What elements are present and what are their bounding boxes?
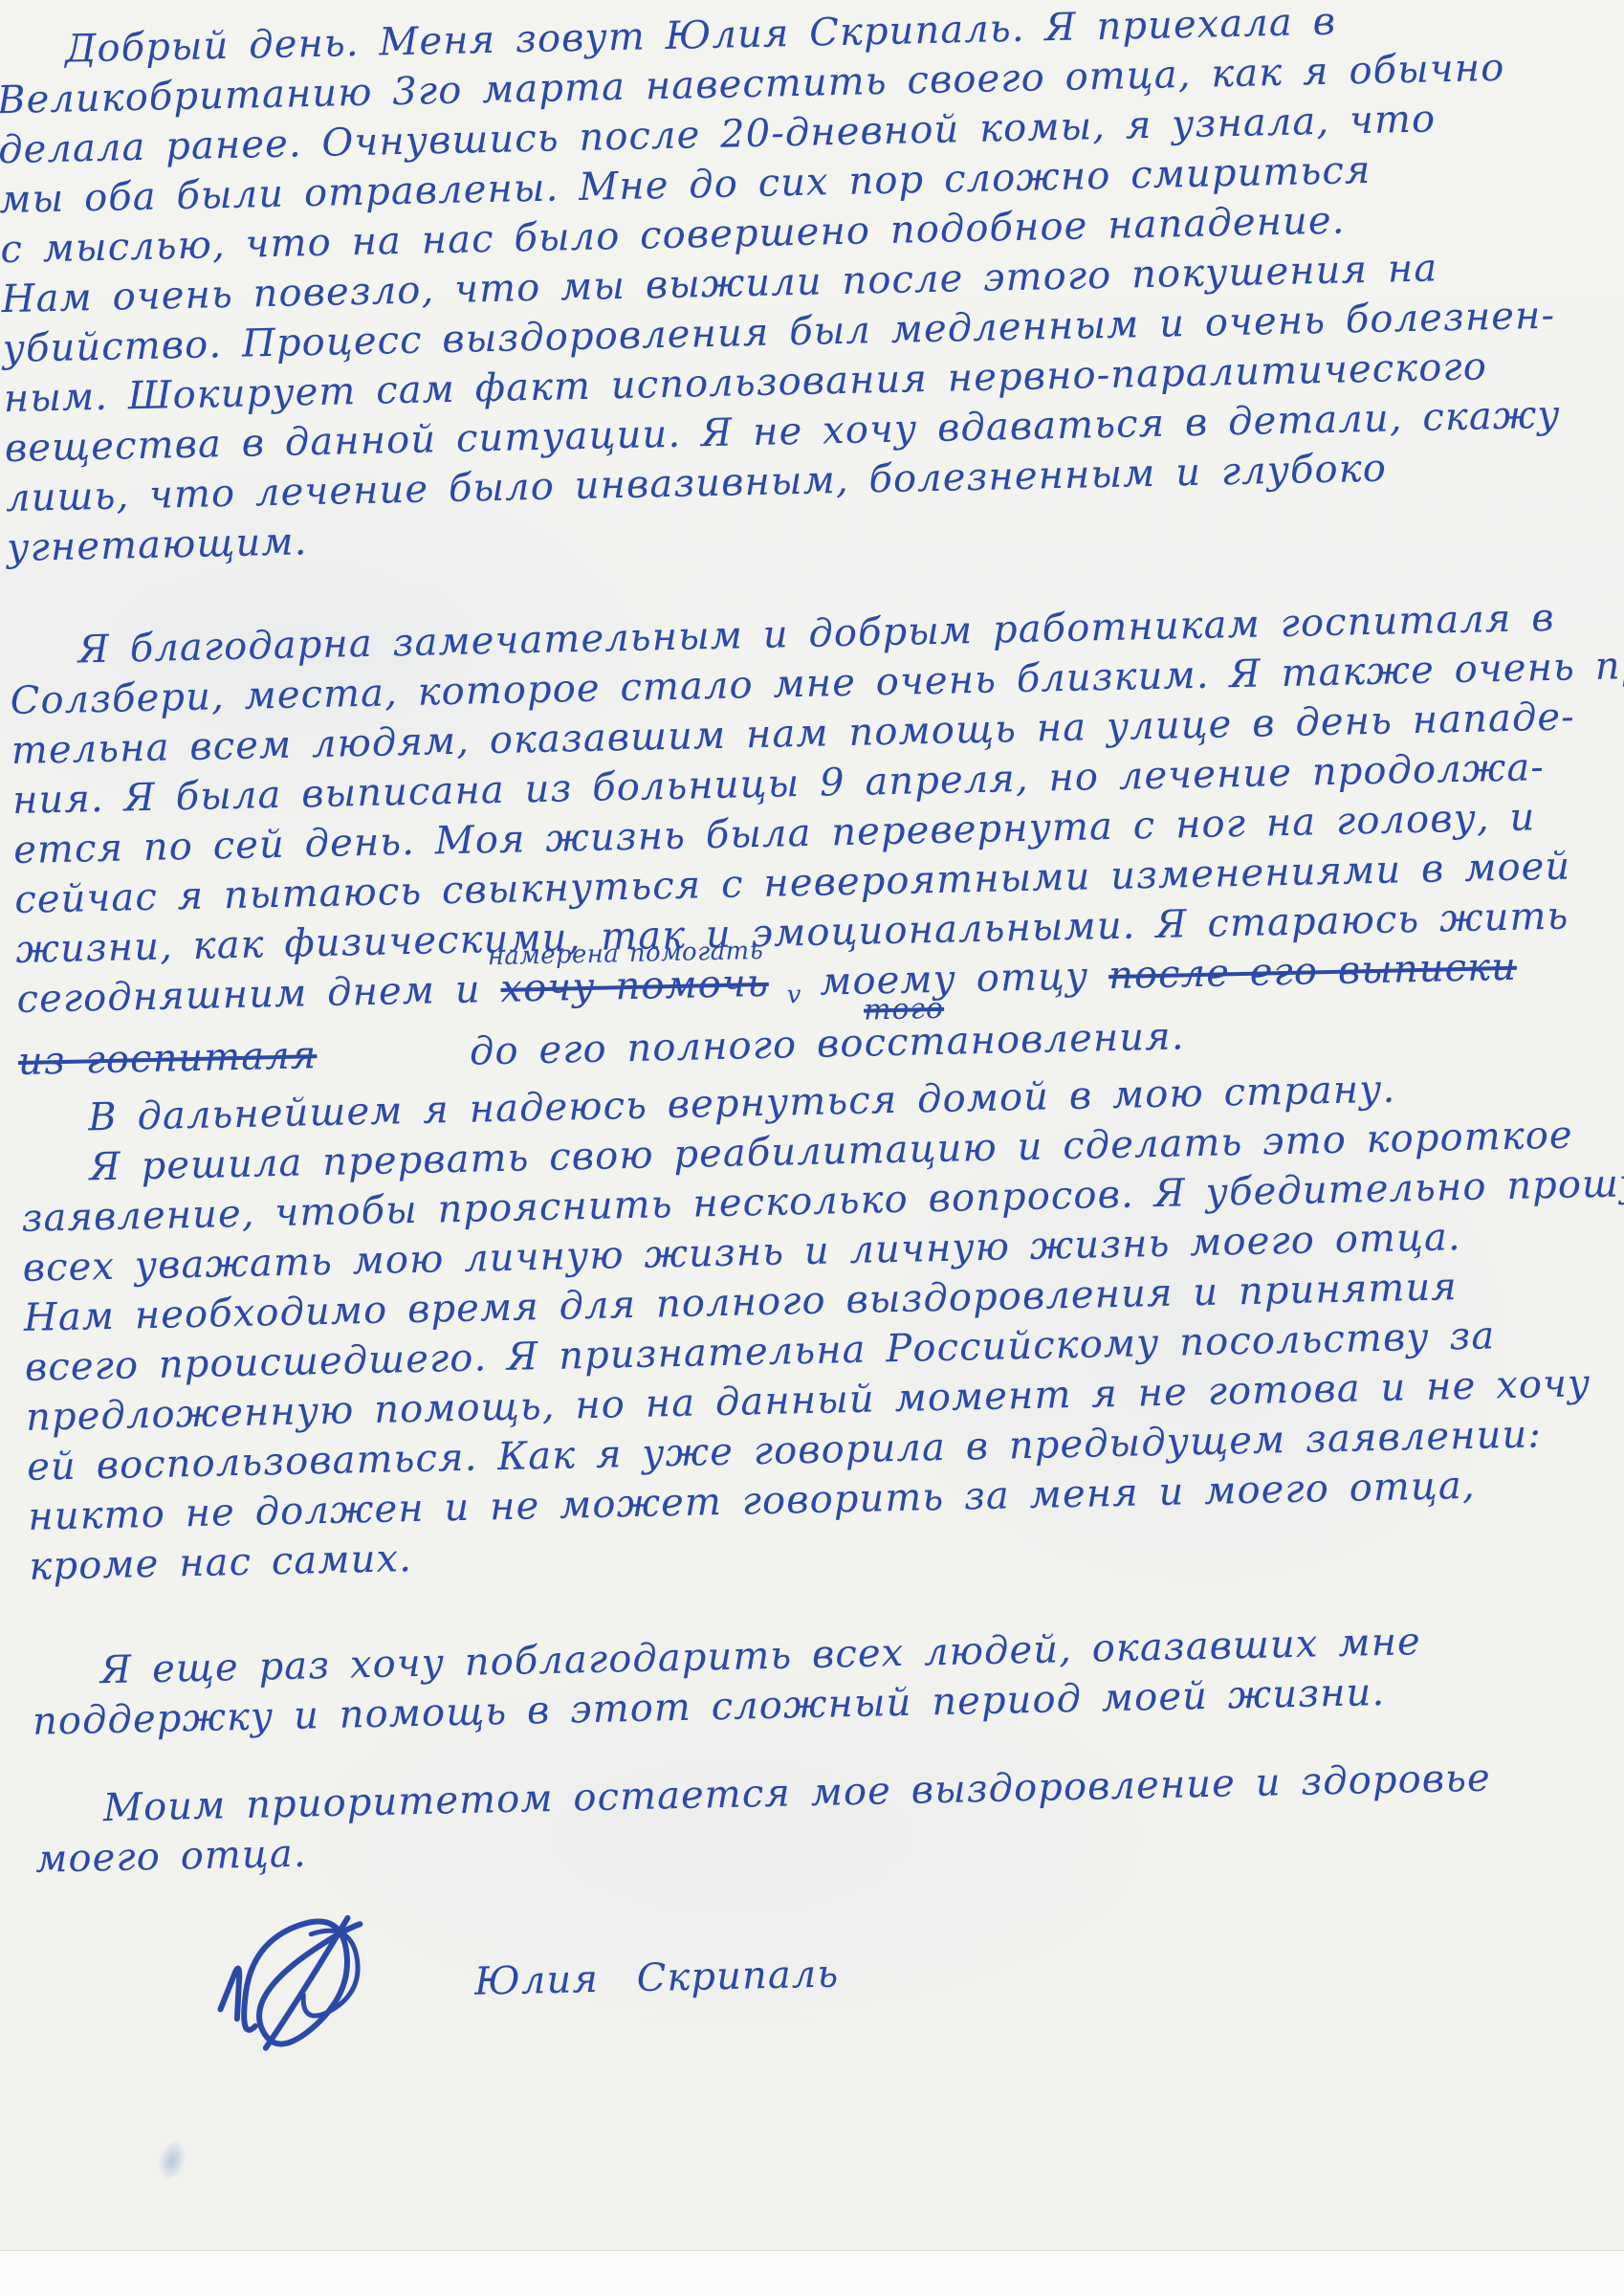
paragraph-5: Я еще раз хочу поблагодарить всех людей,… [55, 1612, 1624, 1746]
scan-edge-band [0, 2250, 1624, 2296]
paragraph-2: Я благодарна замечательным и добрым рабо… [33, 591, 1624, 1086]
letter-body: Добрый день. Меня зовут Юлия Скрипаль. Я… [20, 0, 1624, 2071]
signature-name: Юлия Скрипаль [474, 1949, 840, 2006]
paragraph-4: Я решила прервать свою реабилитацию и сд… [45, 1109, 1624, 1591]
caret-mark: v [787, 981, 802, 1009]
line-text: моему отцу [820, 955, 1089, 1004]
ink-smudge [153, 2136, 191, 2184]
paragraph-1: Добрый день. Меня зовут Юлия Скрипаль. Я… [20, 0, 1619, 573]
struck-text: из госпиталя [17, 1033, 317, 1084]
spacer [337, 1065, 450, 1068]
inserted-text-above: намерена помогать [488, 938, 764, 969]
line-text: сегодняшним днем и [16, 967, 481, 1022]
scanned-handwritten-letter: { "colors": { "ink": "#2b49a7", "paper":… [0, 0, 1624, 2296]
strikethrough-replacement: намерена помогать хочу помочь [500, 959, 769, 1014]
paragraph-6: Моим приоритетом остается мое выздоровле… [58, 1750, 1624, 1884]
signature-scribble [195, 1891, 439, 2079]
signature-block: Юлия Скрипаль [203, 1876, 1624, 2068]
struck-text: после его выписки [1108, 945, 1518, 998]
